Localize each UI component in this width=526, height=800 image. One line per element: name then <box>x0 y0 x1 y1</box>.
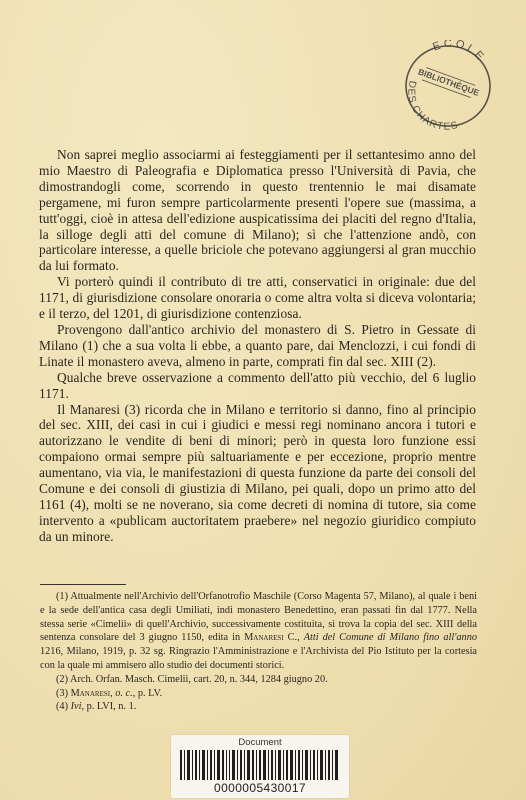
barcode-title: Document <box>171 737 349 748</box>
footnote-3-oc: o. c. <box>115 688 132 699</box>
svg-text:ECOLE: ECOLE <box>431 40 487 65</box>
footnote-4-ivi: Ivi <box>71 701 82 712</box>
paragraph-2: Vi porterò quindi il contributo di tre a… <box>39 274 476 322</box>
footnote-1-text-end: 1216, Milano, 1919, p. 32 sg. Ringrazio … <box>40 646 477 671</box>
paragraph-5: Il Manaresi (3) ricorda che in Milano e … <box>39 402 476 545</box>
stamp-middle-text: BIBLIOTHÈQUE <box>417 66 481 97</box>
footnote-1-title: Atti del Comune di Milano fino all'anno <box>304 632 477 643</box>
footnote-1: (1) Attualmente nell'Archivio dell'Orfan… <box>40 590 477 673</box>
paragraph-3: Provengono dall'antico archivio del mona… <box>39 322 476 370</box>
barcode-label: Document 0000005430017 <box>171 735 349 798</box>
footnote-4: (4) Ivi, p. LVI, n. 1. <box>40 700 477 714</box>
footnote-2: (2) Arch. Orfan. Masch. Cimelii, cart. 2… <box>40 673 477 687</box>
footnote-3-num: (3) <box>56 688 71 699</box>
paragraph-4: Qualche breve osservazione a commento de… <box>39 370 476 402</box>
main-text: Non saprei meglio associarmi ai festeggi… <box>39 147 476 545</box>
library-stamp: ECOLE BIBLIOTHÈQUE DES CHARTES <box>402 40 494 130</box>
barcode-number: 0000005430017 <box>171 781 349 795</box>
footnote-divider <box>40 584 126 585</box>
footnote-1-author: Manaresi C. <box>244 632 297 643</box>
footnote-4-num: (4) <box>56 701 71 712</box>
footnote-3-rest: , p. LV. <box>133 688 162 699</box>
footnote-4-rest: , p. LVI, n. 1. <box>81 701 136 712</box>
footnote-3-author: Manaresi <box>71 688 111 699</box>
paragraph-1: Non saprei meglio associarmi ai festeggi… <box>39 147 476 274</box>
footnotes: (1) Attualmente nell'Archivio dell'Orfan… <box>40 590 477 714</box>
barcode-icon <box>180 750 340 780</box>
footnote-1-sep: , <box>297 632 304 643</box>
stamp-top-text: ECOLE <box>431 40 487 65</box>
footnote-3: (3) Manaresi, o. c., p. LV. <box>40 687 477 701</box>
